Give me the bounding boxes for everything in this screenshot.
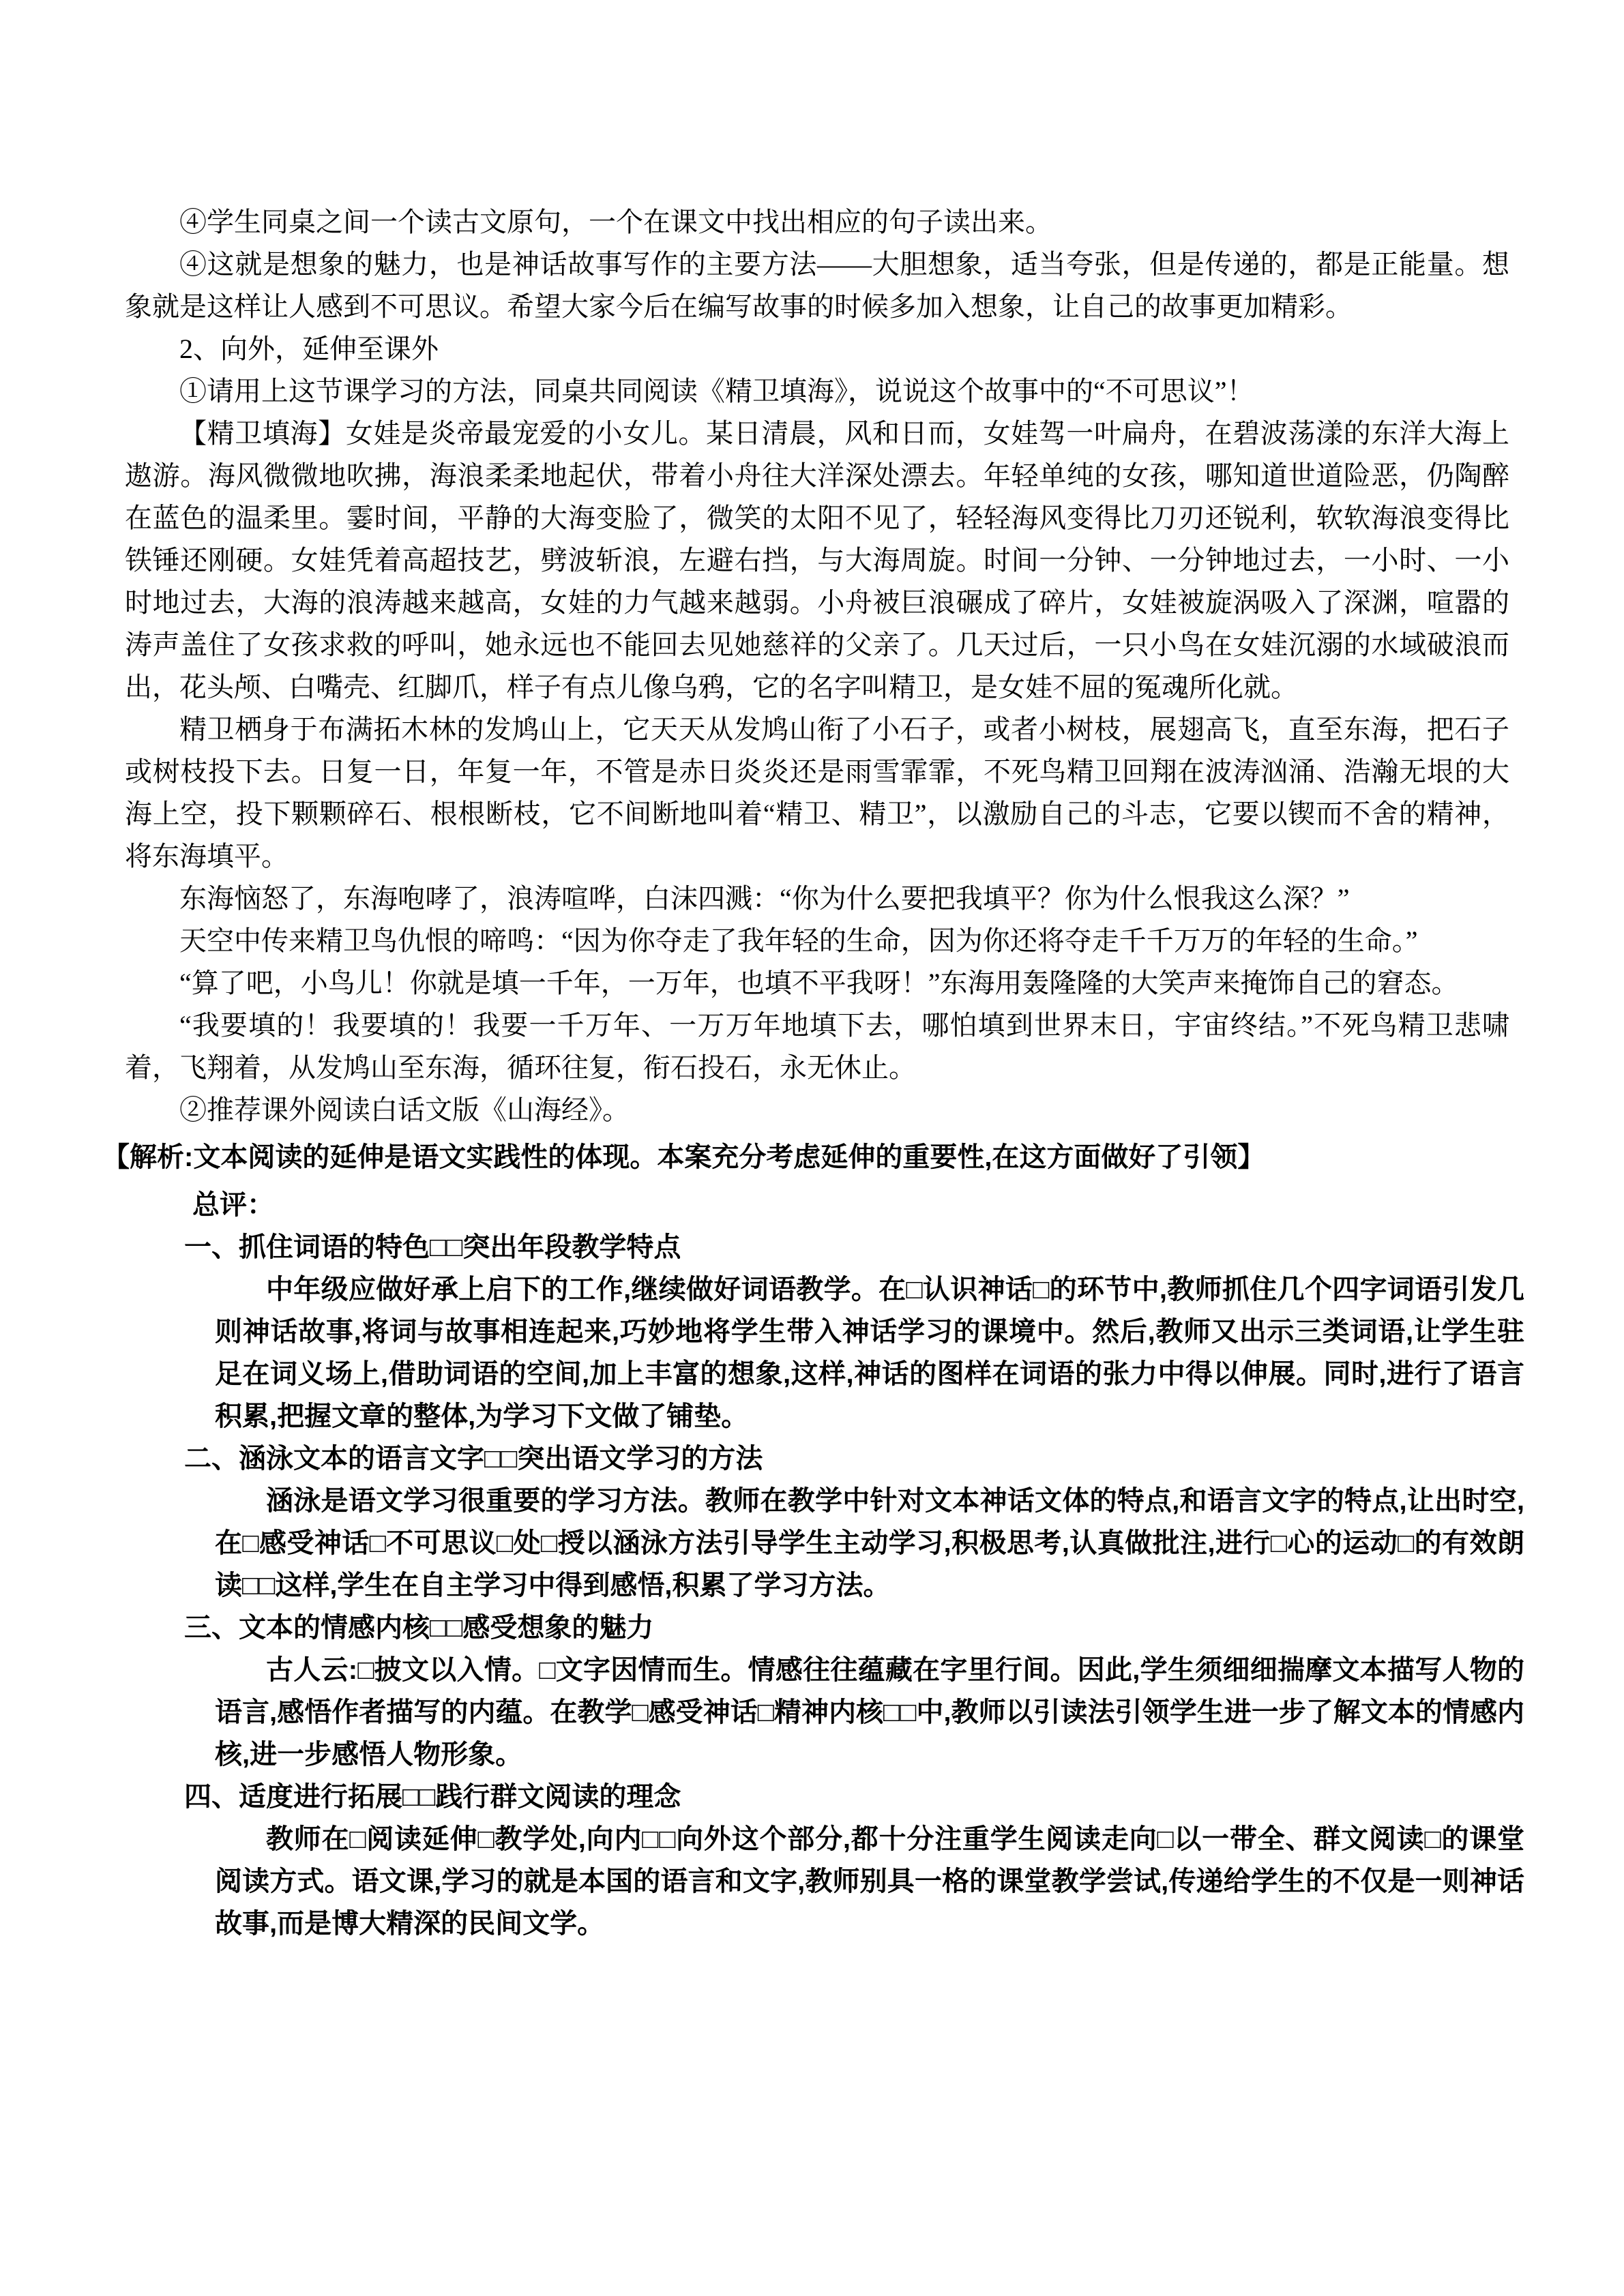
review-heading-4: 四、适度进行拓展□□践行群文阅读的理念 [184, 1776, 1524, 1818]
paragraph-jingwei-vow-quote: “我要填的！我要填的！我要一千万年、一万万年地填下去，哪怕填到世界末日，宇宙终结… [125, 1004, 1509, 1089]
document-page: ④学生同桌之间一个读古文原句，一个在课文中找出相应的句子读出来。 ④这就是想象的… [0, 0, 1624, 2296]
paragraph-recommend-shanhaijing: ②推荐课外阅读白话文版《山海经》。 [125, 1089, 1509, 1131]
review-heading-3: 三、文本的情感内核□□感受想象的魅力 [184, 1607, 1524, 1649]
paragraph-donghai-laugh-quote: “算了吧，小鸟儿！你就是填一千年，一万年，也填不平我呀！”东海用轰隆隆的大笑声来… [125, 962, 1509, 1004]
paragraph-jingwei-story-part1: 【精卫填海】女娃是炎帝最宠爱的小女儿。某日清晨，风和日而，女娃驾一叶扁舟，在碧波… [125, 413, 1509, 709]
review-heading-2: 二、涵泳文本的语言文字□□突出语文学习的方法 [184, 1437, 1524, 1480]
paragraph-jingwei-story-part2: 精卫栖身于布满拓木林的发鸠山上，它天天从发鸠山衔了小石子，或者小树枝，展翅高飞，… [125, 709, 1509, 878]
review-body-1: 中年级应做好承上启下的工作,继续做好词语教学。在□认识神话□的环节中,教师抓住几… [215, 1268, 1524, 1437]
paragraph-imagination-summary: ④这就是想象的魅力，也是神话故事写作的主要方法——大胆想象，适当夸张，但是传递的… [125, 243, 1509, 328]
paragraph-jingwei-reply-quote: 天空中传来精卫鸟仇恨的啼鸣：“因为你夺走了我年轻的生命，因为你还将夺走千千万万的… [125, 920, 1509, 962]
review-body-3: 古人云:□披文以入情。□文字因情而生。情感往往蕴藏在字里行间。因此,学生须细细揣… [215, 1649, 1524, 1776]
heading-extend-outward: 2、向外，延伸至课外 [125, 328, 1509, 370]
review-heading-1: 一、抓住词语的特色□□突出年段教学特点 [184, 1226, 1524, 1268]
paragraph-donghai-angry-quote: 东海恼怒了，东海咆哮了，浪涛喧哗，白沫四溅：“你为什么要把我填平？你为什么恨我这… [125, 878, 1509, 920]
overall-review-section: 【解析:文本阅读的延伸是语文实践性的体现。本案充分考虑延伸的重要性,在这方面做好… [0, 1136, 1624, 1945]
paragraph-task-read-jingwei: ①请用上这节课学习的方法，同桌共同阅读《精卫填海》，说说这个故事中的“不可思议”… [125, 370, 1509, 413]
analysis-note: 【解析:文本阅读的延伸是语文实践性的体现。本案充分考虑延伸的重要性,在这方面做好… [102, 1136, 1524, 1178]
review-body-2: 涵泳是语文学习很重要的学习方法。教师在教学中针对文本神话文体的特点,和语言文字的… [215, 1480, 1524, 1607]
paragraph-step-reading-pairs: ④学生同桌之间一个读古文原句，一个在课文中找出相应的句子读出来。 [125, 201, 1509, 243]
review-body-4: 教师在□阅读延伸□教学处,向内□□向外这个部分,都十分注重学生阅读走向□以一带全… [215, 1818, 1524, 1945]
lesson-plan-text-section: ④学生同桌之间一个读古文原句，一个在课文中找出相应的句子读出来。 ④这就是想象的… [0, 0, 1624, 1131]
overall-review-title: 总评： [192, 1184, 1524, 1226]
